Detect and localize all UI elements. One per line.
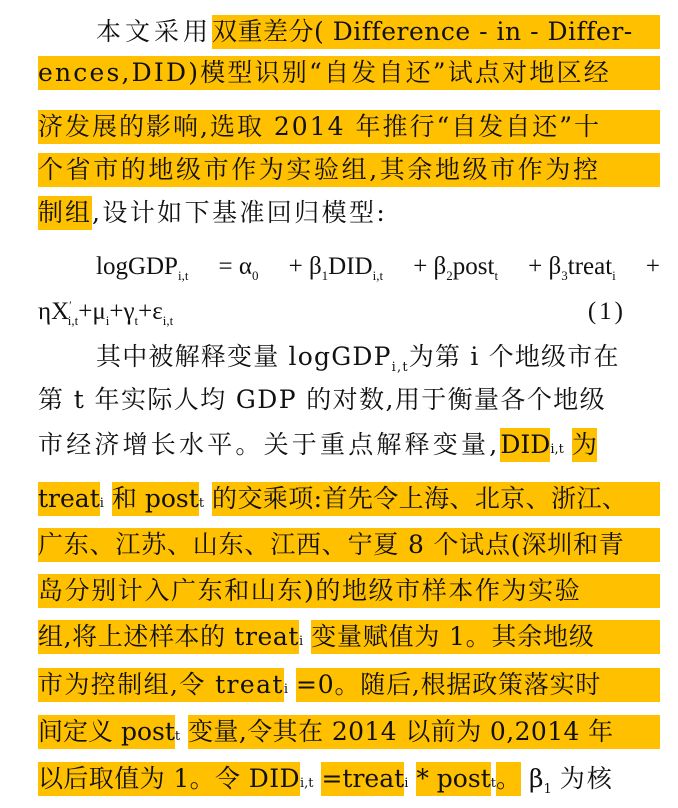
equation-term-gamma: +γt: [109, 295, 138, 329]
paragraph-2-line-8: 市为控制组,令 treati =0。随后,根据政策落实时: [38, 668, 660, 702]
equation-term-did: + β1DIDi,t: [289, 250, 384, 284]
text: 其中被解释变量 logGDPi,t为第 i 个地级市在: [96, 340, 620, 374]
paragraph-1-line-1: 本文采用 双重差分( Difference - in - Differ-: [38, 15, 660, 49]
paragraph-2-line-10: 以后取值为 1。令 DIDi,t =treati * postt。 β1 为核: [38, 762, 660, 796]
text: β1 为核: [529, 762, 614, 796]
equation-term-post: + β2postt: [413, 250, 498, 284]
highlighted-text: 双重差分( Difference - in - Differ-: [212, 15, 660, 49]
highlighted-text: =0。随后,根据政策落实时: [296, 668, 660, 702]
equation-lhs: logGDPi,t: [96, 250, 188, 284]
highlighted-text: 组,将上述样本的 treat: [38, 620, 299, 654]
highlighted-text: 济发展的影响,选取 2014 年推行“自发自还”十: [38, 110, 660, 144]
text: 本文采用: [96, 15, 212, 49]
highlighted-text: 广东、江苏、山东、江西、宁夏 8 个试点(深圳和青: [38, 528, 660, 562]
equation-term-epsilon: +εi,t: [138, 295, 173, 329]
paragraph-2-line-1: 其中被解释变量 logGDPi,t为第 i 个地级市在: [38, 340, 660, 374]
highlighted-text: 市为控制组,令 treat: [38, 668, 284, 702]
highlighted-treat: treat: [38, 482, 100, 516]
text: 第 t 年实际人均 GDP 的对数,用于衡量各个地级: [38, 383, 606, 417]
highlighted-text: 变量赋值为 1。其余地级: [311, 620, 660, 654]
highlighted-text: 变量,令其在 2014 以前为 0,2014 年: [188, 715, 660, 749]
paragraph-2-line-9: 间定义 postt 变量,令其在 2014 以前为 0,2014 年: [38, 715, 660, 749]
equation-term-mu: +μi: [78, 295, 109, 329]
paragraph-2-line-5: 广东、江苏、山东、江西、宁夏 8 个试点(深圳和青: [38, 528, 660, 562]
equation-term-treat: + β3treati: [528, 250, 616, 284]
paragraph-2-line-3: 市经济增长水平。关于重点解释变量, DIDi,t 为: [38, 428, 660, 462]
paragraph-1-line-2: ences,DID)模型识别“自发自还”试点对地区经: [38, 56, 660, 90]
paragraph-1-line-4: 个省市的地级市作为实验组,其余地级市作为控: [38, 153, 660, 187]
paragraph-2-line-2: 第 t 年实际人均 GDP 的对数,用于衡量各个地级: [38, 383, 660, 417]
highlighted-did: DID: [500, 428, 550, 462]
highlighted-text: =treat: [321, 762, 404, 796]
equation-term-alpha: = α0: [219, 250, 259, 284]
equation-line-1: logGDPi,t = α0 + β1DIDi,t + β2postt + β3…: [38, 250, 660, 284]
paragraph-2-line-7: 组,将上述样本的 treati 变量赋值为 1。其余地级: [38, 620, 660, 654]
highlighted-text: 个省市的地级市作为实验组,其余地级市作为控: [38, 153, 660, 187]
equation-line-2: ηX′i,t +μi +γt +εi,t (1): [38, 295, 660, 329]
highlighted-text: 岛分别计入广东和山东)的地级市样本作为实验: [38, 574, 660, 608]
highlighted-text: ences,DID)模型识别“自发自还”试点对地区经: [38, 56, 660, 90]
highlighted-text: 以后取值为 1。令 DID: [38, 762, 300, 796]
highlighted-text: 制组: [38, 196, 92, 230]
text: 市经济增长水平。关于重点解释变量,: [38, 428, 500, 462]
paragraph-2-line-4: treati 和 postt 的交乘项:首先令上海、北京、浙江、: [38, 482, 660, 516]
highlighted-text: 为: [572, 428, 597, 462]
paragraph-1-line-5: 制组 ,设计如下基准回归模型:: [38, 196, 660, 230]
paragraph-1-line-3: 济发展的影响,选取 2014 年推行“自发自还”十: [38, 110, 660, 144]
equation-plus: +: [646, 250, 660, 284]
paragraph-2-line-6: 岛分别计入广东和山东)的地级市样本作为实验: [38, 574, 660, 608]
highlighted-text: 间定义 post: [38, 715, 175, 749]
equation-term-controls: ηX′i,t: [38, 295, 78, 329]
equation-number: (1): [588, 295, 626, 329]
highlighted-post: 和 post: [112, 482, 199, 516]
highlighted-text: * post: [416, 762, 490, 796]
text: ,设计如下基准回归模型:: [92, 196, 387, 230]
highlighted-text: 的交乘项:首先令上海、北京、浙江、: [212, 482, 660, 516]
highlighted-period: 。: [496, 762, 521, 796]
